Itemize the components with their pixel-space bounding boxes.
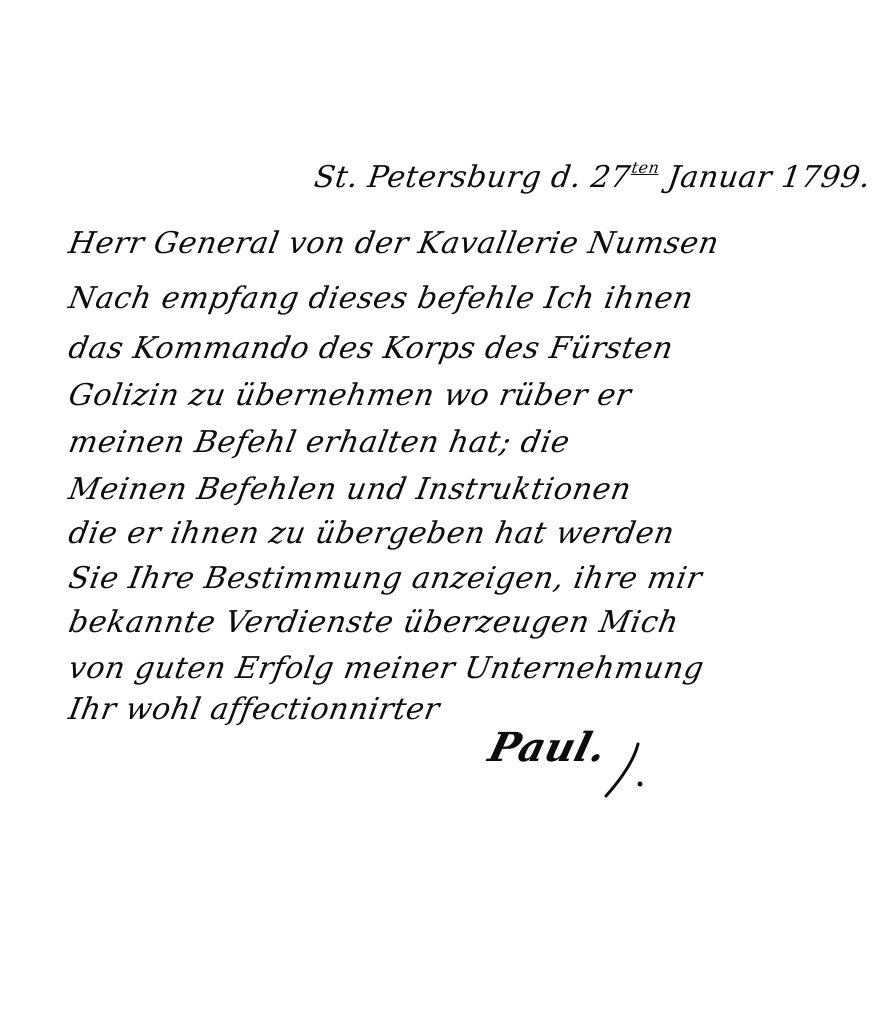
dateline: St. Petersburg d. 27ten Januar 1799. — [312, 158, 873, 195]
dateline-place: St. Petersburg d. 27 — [312, 160, 633, 195]
letter-closing: Ihr wohl affectionnirter — [66, 692, 443, 727]
letter-line-9: bekannte Verdienste überzeugen Mich — [66, 605, 682, 640]
dateline-ordinal-suffix: ten — [630, 158, 660, 177]
letter-line-5: meinen Befehl erhalten hat; die — [66, 425, 573, 460]
letter-line-7: die er ihnen zu übergeben hat werden — [66, 516, 677, 551]
letter-line-10: von guten Erfolg meiner Unternehmung — [66, 651, 707, 686]
letter-line-8: Sie Ihre Bestimmung anzeigen, ihre mir — [66, 561, 705, 596]
letter-line-2: Nach empfang dieses befehle Ich ihnen — [66, 281, 696, 316]
letter-line-6: Meinen Befehlen und Instruktionen — [66, 472, 634, 507]
letter-line-3: das Kommando des Korps des Fürsten — [66, 331, 676, 366]
letter-line-1: Herr General von der Kavallerie Numsen — [66, 226, 722, 261]
letter-page: St. Petersburg d. 27ten Januar 1799. Her… — [0, 0, 892, 1024]
signature-flourish-icon — [600, 740, 650, 800]
signature: Paul. — [484, 724, 611, 771]
letter-line-4: Golizin zu übernehmen wo rüber er — [66, 378, 634, 413]
dateline-month-year: Januar 1799. — [656, 160, 873, 195]
